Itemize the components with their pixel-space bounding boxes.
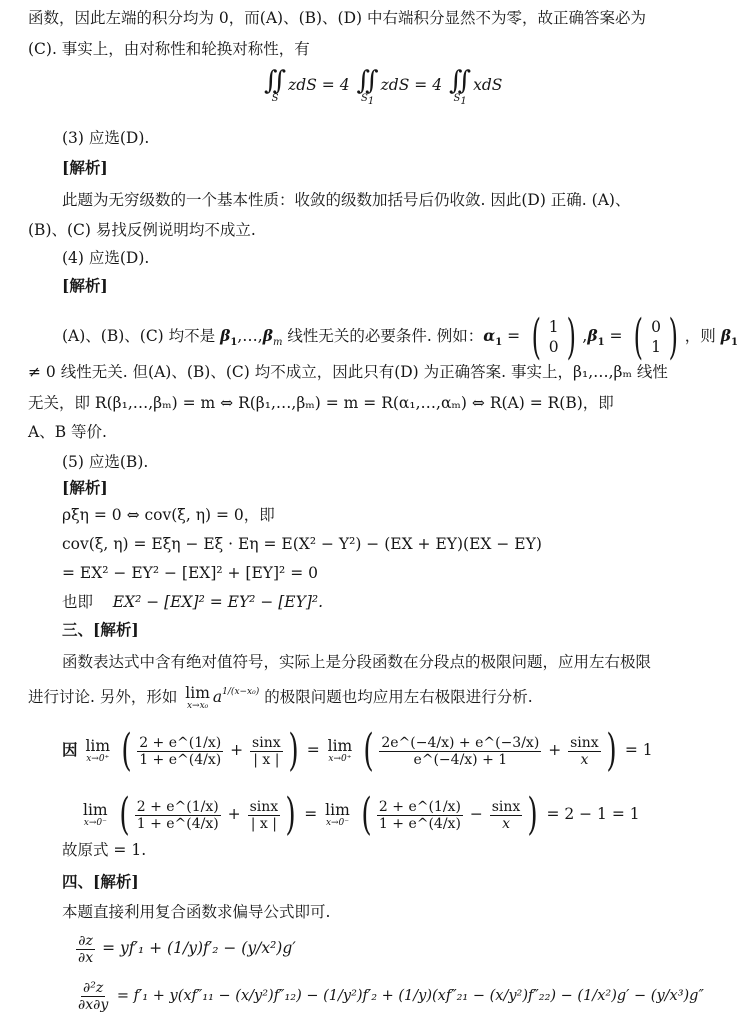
text-line: A、B 等价. [28, 422, 107, 442]
text-line: ρξη = 0 ⇔ cov(ξ, η) = 0，即 [62, 505, 275, 525]
section-heading-4: 四、[解析] [62, 872, 139, 892]
text-line: (B)、(C) 易找反例说明均不成立. [28, 220, 256, 240]
answer-4: (4) 应选(D). [62, 248, 149, 268]
equation-left-limit: limx→0⁻ (2 + e^(1/x)1 + e^(4/x) + sinx| … [80, 786, 640, 842]
text-line: 函数表达式中含有绝对值符号，实际上是分段函数在分段点的极限问题，应用左右极限 [62, 652, 651, 672]
analysis-label: [解析] [62, 478, 108, 498]
matrix-alpha1: (10) [527, 313, 580, 361]
text-line: cov(ξ, η) = Eξη − Eξ · Eη = E(X² − Y²) −… [62, 534, 542, 554]
answer-3: (3) 应选(D). [62, 128, 149, 148]
matrix-beta1: (01) [629, 313, 682, 361]
text-line-with-limit: 进行讨论. 另外，形如 limx→x₀a1/(x−x₀) 的极限问题也均应用左右… [28, 682, 533, 715]
equation-surface-integral: ∬SzdS = 4 ∬S1zdS = 4 ∬S1xdS [262, 68, 502, 104]
text-line: 此题为无穷级数的一个基本性质：收敛的级数加括号后仍收敛. 因此(D) 正确. (… [62, 190, 630, 210]
text-line: 本题直接利用复合函数求偏导公式即可. [62, 902, 330, 922]
analysis-label: [解析] [62, 276, 108, 296]
analysis-label: [解析] [62, 158, 108, 178]
text-line: 也即 EX² − [EX]² = EY² − [EY]². [62, 592, 323, 612]
answer-5: (5) 应选(B). [62, 452, 148, 472]
text-line: ≠ 0 线性无关. 但(A)、(B)、(C) 均不成立，因此只有(D) 为正确答… [28, 362, 668, 382]
equation-right-limit: 因 limx→0⁺ (2 + e^(1/x)1 + e^(4/x) + sinx… [62, 722, 653, 778]
section-heading-3: 三、[解析] [62, 620, 139, 640]
equation-mixed-partial: ∂²z∂x∂y = f′₁ + y(xf″₁₁ − (x/y²)f″₁₂) − … [74, 975, 704, 1017]
text-line: 无关，即 R(β₁,…,βₘ) = m ⇔ R(β₁,…,βₘ) = m = R… [28, 393, 614, 413]
text-line-with-matrices: (A)、(B)、(C) 均不是 β1,…,βm 线性无关的必要条件. 例如：α1… [62, 313, 738, 361]
equation-first-partial: ∂z∂x = yf′₁ + (1/y)f′₂ − (y/x²)g′ [74, 928, 296, 968]
conclusion: 故原式 = 1. [62, 840, 146, 860]
text-line: 函数，因此左端的积分均为 0，而(A)、(B)、(D) 中右端积分显然不为零，故… [28, 8, 646, 28]
text-line: = EX² − EY² − [EX]² + [EY]² = 0 [62, 563, 318, 583]
text-line: (C). 事实上，由对称性和轮换对称性，有 [28, 39, 310, 59]
